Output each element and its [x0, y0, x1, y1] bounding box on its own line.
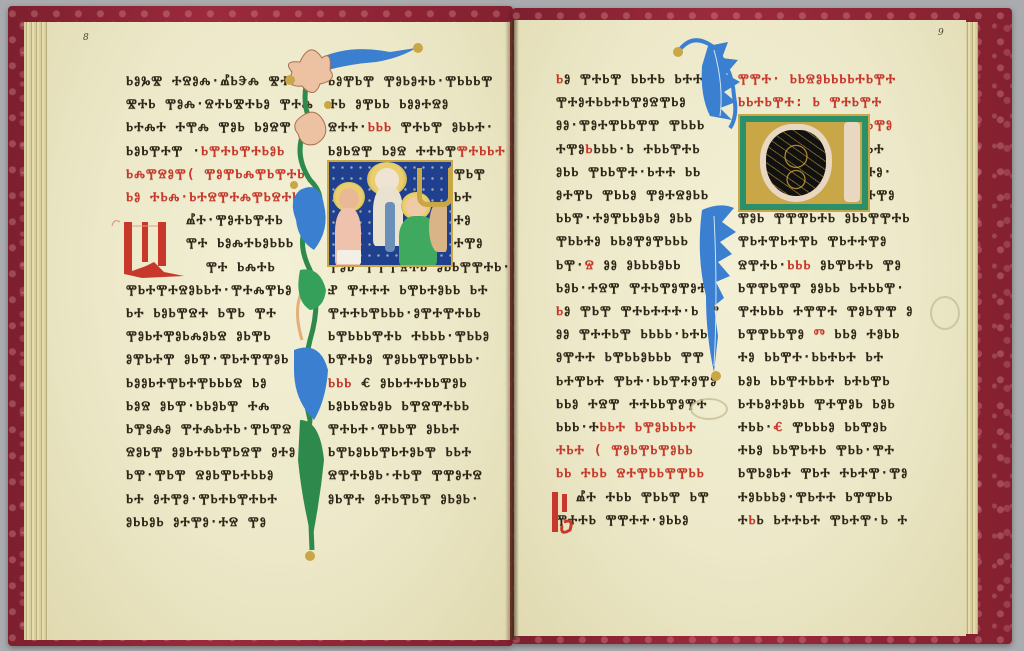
- stain-ring: [930, 296, 960, 330]
- gutter: [505, 20, 519, 640]
- text-line: ⰓⰉ·ⰉⰓⰉ ⰔⰑⰓⰉⰓⰀⰓⰓⰑ: [126, 468, 274, 486]
- manuscript-photo: 8 9 ⰓⰑⰃⰊ ⰀⰔⰑⰎ·ⰌⰓⰅⰎ ⰊⰀⰓⰎⰀⰊⰀⰓ ⰉⰑⰎ·ⰔⰀⰓⰊⰀⰓⰑ …: [0, 0, 1024, 651]
- text-line: ⰓⰓⰓ·ⰀⰓⰓⰀ ⰓⰉⰑⰓⰓⰓⰀ: [556, 420, 697, 438]
- text-line: ⰀⰑ: [454, 213, 472, 231]
- text-line: ⰀⰉⰑ: [454, 236, 483, 254]
- text-line: ⰓⰑⰓⰉⰀⰉ ·ⰓⰉⰀⰓⰉⰀⰓⰑⰓ: [126, 144, 285, 162]
- text-line: ⰓⰓ ⰀⰓⰓ ⰔⰀⰉⰓⰓⰉⰉⰓⰓ: [556, 466, 705, 484]
- text-line: ⰀⰓⰀ ( ⰉⰑⰓⰉⰓⰉⰑⰓⰓ: [556, 443, 694, 461]
- red-initial-left: [118, 218, 188, 290]
- text-line: ⰓⰀ ⰓⰑⰓⰉⰔⰀ ⰓⰉⰓ ⰉⰀ: [126, 306, 277, 324]
- text-line: ⰔⰉⰀⰓ·ⰓⰓⰓ ⰑⰓⰉⰓⰀⰓ ⰉⰑ: [738, 258, 902, 276]
- text-line: ⰓⰉⰉⰓⰓⰉⰑ Ⱅ ⰓⰓⰑ ⰀⰑⰓⰓ: [738, 327, 900, 345]
- text-line: ⰓⰑⰓ ⰓⰓⰉⰀⰓⰓⰀ ⰓⰀⰓⰉⰓ: [738, 374, 891, 392]
- text-line: ⰓⰀ ⰑⰀⰉⰑ·ⰉⰓⰀⰓⰉⰀⰓⰀ: [126, 492, 278, 510]
- text-line: ⰓⰎⰉⰔⰑⰉ( ⰉⰑⰉⰓⰎⰉⰓⰉⰀⰓ: [126, 167, 305, 185]
- text-line: ⰀⰑⰓⰓⰓⰑ·ⰉⰓⰀⰀ ⰓⰉⰉⰓⰓ: [738, 490, 893, 508]
- folio-number-left: 8: [83, 33, 89, 43]
- text-line: ⰓⰀⰎⰀ ⰀⰉⰎ ⰉⰑⰓ ⰓⰑⰔⰉ: [126, 120, 291, 138]
- text-line: ⰉⰑⰓ ⰉⰉⰉⰓⰀⰓ ⰑⰓⰓⰉⰉⰀⰓ: [738, 211, 910, 229]
- text-line: ⰓⰀⰓⰑⰀⰑⰓⰓ ⰉⰀⰉⰑⰓ ⰓⰑⰓ: [738, 397, 896, 415]
- text-line: ⰓⰀ: [454, 190, 473, 208]
- trinity-miniature: [327, 160, 453, 267]
- text-line: ⰉⰉⰀ· ⰓⰓⰔⰑⰓⰓⰓⰓⰀⰓⰉⰀ: [738, 72, 896, 90]
- text-line: ⰓⰓⰀⰓⰉⰀ: Ⱃ ⰉⰀⰓⰉⰀ: [738, 95, 882, 113]
- text-line: ⰓⰑⰑⰓⰀⰉⰓⰀⰉⰓⰓⰓⰔ ⰓⰑ: [126, 376, 267, 394]
- stain-ring: [690, 398, 728, 420]
- text-line: ⰉⰀ ⰓⰎⰀⰓ: [206, 260, 276, 278]
- gold-filigree-initial: [738, 114, 870, 212]
- text-line: ⰉⰀⰓⰓⰓ ⰀⰉⰉⰀ ⰉⰑⰓⰉⰉ Ⱁ: [738, 304, 913, 322]
- text-line: ⰓⰉⰉⰓⰉⰉ ⰑⰑⰓⰓ ⰓⰀⰓⰓⰉ·: [738, 281, 905, 299]
- text-line: ⰉⰑⰓⰀⰉⰑⰓⰎⰑⰓⰔ ⰑⰓⰉⰓ: [126, 329, 272, 347]
- text-line: ⰌⰀ ⰀⰓⰓ ⰉⰓⰓⰉ ⰓⰉ: [576, 490, 710, 508]
- red-initial-right-bottom: [548, 490, 578, 540]
- text-line: ⰑⰓⰓⰑⰓ ⰑⰀⰉⰑ·ⰀⰔ ⰉⰑ: [126, 515, 267, 533]
- text-line: ⰉⰓⰀⰉⰓⰀⰉⰓ ⰉⰓⰀⰀⰉⰑ: [738, 234, 887, 252]
- text-line: ⰀⰓⰓ ⰓⰀⰀⰓⰀ ⰉⰓⰀⰉ·Ⱃ Ⰰ: [738, 513, 908, 531]
- text-line: ⰓⰓⰑ ⰀⰔⰉ ⰀⰀⰓⰓⰉⰑⰉⰀ: [556, 397, 707, 415]
- text-line: ⰌⰀ·ⰉⰑⰀⰓⰉⰀⰓ: [186, 213, 283, 231]
- text-line: ⰉⰀ ⰓⰑⰎⰀⰓⰑⰓⰓⰓ: [186, 236, 294, 254]
- text-line: ⰓⰉⰑ: [866, 118, 893, 136]
- folio-number-right: 9: [938, 28, 944, 38]
- text-line: ⰀⰑ ⰓⰓⰉⰀ·ⰓⰓⰀⰓⰀ ⰓⰀ: [738, 350, 884, 368]
- text-line: ⰀⰓⰓ·Ⱔ ⰉⰓⰓⰓⰑ ⰓⰓⰉⰑⰓ: [738, 420, 888, 438]
- text-line: ⰓⰑⰔ ⰑⰓⰉ·ⰓⰓⰑⰓⰉ ⰀⰎ: [126, 399, 270, 417]
- text-line: ⰑⰉⰓⰀⰉ ⰑⰓⰉ·ⰉⰓⰀⰉⰉⰑⰓ: [126, 352, 289, 370]
- foliage-border-left: [280, 40, 430, 560]
- text-line: ⰓⰉⰓⰑⰓⰀ ⰉⰓⰀ ⰀⰓⰀⰉ·ⰉⰑ: [738, 466, 908, 484]
- text-line: ⰀⰓⰑ ⰓⰓⰉⰓⰀⰓ ⰉⰓⰓ·ⰉⰀ: [738, 443, 895, 461]
- text-line: ⰔⰑⰓⰉ ⰑⰑⰓⰀⰓⰓⰉⰓⰔⰉ ⰑⰀⰑ: [126, 445, 296, 463]
- text-line: ⰀⰉⰑ: [866, 188, 895, 206]
- text-line: ⰓⰉⰑⰎⰑ ⰉⰀⰎⰓⰀⰓ·ⰉⰓⰉⰔ: [126, 422, 292, 440]
- text-line: ⰉⰓⰉ: [454, 167, 486, 185]
